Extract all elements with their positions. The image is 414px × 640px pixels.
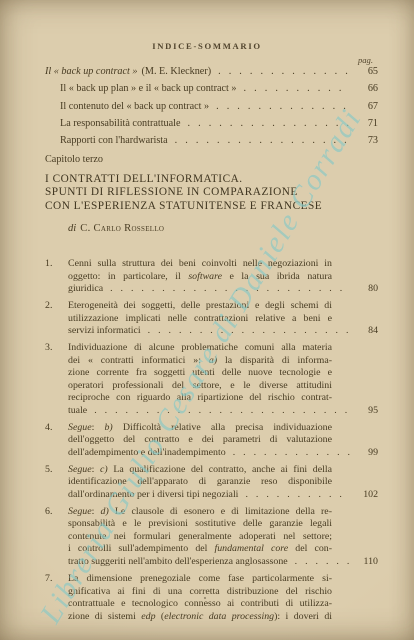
toc-entry-text: Il contenuto del « back up contract » (45, 98, 209, 115)
page-number: 71 (350, 115, 378, 132)
dot-leader (237, 80, 350, 97)
toc-top-list: Il « back up contract »(M. E. Kleckner) … (45, 63, 378, 149)
item-number: 1. (45, 258, 68, 296)
item-body-lines: Segue: c) La qualificazione del contratt… (68, 464, 378, 489)
item-last-line: dell'adempimento e dell'inadempimento 99 (68, 447, 378, 460)
chapter-byline: diC. Carlo Rossello (45, 223, 378, 234)
item-body: Segue: b) Difficoltà relative alla preci… (68, 422, 378, 460)
toc-entry-text: Rapporti con l'hardwarista (45, 132, 168, 149)
item-last-line: servizi informatici 84 (68, 325, 378, 338)
item-number: 6. (45, 506, 68, 569)
toc-numbered-list: 1. Cenni sulla struttura dei beni coinvo… (45, 258, 378, 628)
page-number: 95 (350, 405, 378, 418)
item-body: Individuazione di alcune problematiche c… (68, 342, 378, 417)
item-last-line: giuridica 80 (68, 283, 378, 296)
item-body: La dimensione prenegoziale come fase par… (68, 573, 378, 623)
page-number: 84 (350, 325, 378, 338)
item-number: 7. (45, 573, 68, 623)
chapter-title: I CONTRATTI DELL'INFORMATICA. SPUNTI DI … (45, 173, 378, 213)
toc-entry-roman: (M. E. Kleckner) (142, 66, 212, 77)
toc-item-7: 7. La dimensione prenegoziale come fase … (45, 573, 378, 623)
item-body-lines: Eterogeneità dei soggetti, delle prestaz… (68, 300, 378, 325)
toc-entry: La responsabilità contrattuale 71 (45, 115, 378, 132)
item-body: Cenni sulla struttura dei beni coinvolti… (68, 258, 378, 296)
item-number: 2. (45, 300, 68, 338)
dot-leader (141, 325, 350, 338)
item-body-lines: Segue: d) Le clausole di esonero e di li… (68, 506, 378, 556)
toc-item-4: 4. Segue: b) Difficoltà relative alla pr… (45, 422, 378, 460)
dot-leader (288, 556, 350, 569)
toc-entry-text: Il « back up plan » e il « back up contr… (45, 80, 237, 97)
toc-item-6: 6. Segue: d) Le clausole di esonero e di… (45, 506, 378, 569)
toc-entry-text: Il « back up contract »(M. E. Kleckner) (45, 63, 211, 80)
byline-author: C. Carlo Rossello (80, 223, 164, 234)
chapter-heading: Capitolo terzo I CONTRATTI DELL'INFORMAT… (45, 154, 378, 234)
item-last-text: tratto suggeriti nell'ambito dell'esperi… (68, 556, 288, 569)
toc-entry-italic: Il « back up contract » (45, 66, 138, 77)
dot-leader (87, 405, 350, 418)
page-number: 102 (350, 489, 378, 502)
page-number: 67 (350, 98, 378, 115)
page-number: 99 (350, 447, 378, 460)
toc-item-2: 2. Eterogeneità dei soggetti, delle pres… (45, 300, 378, 338)
page-number: 65 (350, 63, 378, 80)
item-body: Segue: c) La qualificazione del contratt… (68, 464, 378, 502)
toc-entry: Il « back up plan » e il « back up contr… (45, 80, 378, 97)
toc-item-5: 5. Segue: c) La qualificazione del contr… (45, 464, 378, 502)
ink-speck (204, 597, 206, 599)
toc-entry: Il contenuto del « back up contract » 67 (45, 98, 378, 115)
byline-di: di (68, 223, 76, 234)
item-last-text: servizi informatici (68, 325, 141, 338)
item-body: Eterogeneità dei soggetti, delle prestaz… (68, 300, 378, 338)
item-last-text: tuale (68, 405, 87, 418)
item-number: 3. (45, 342, 68, 417)
toc-item-3: 3. Individuazione di alcune problematich… (45, 342, 378, 417)
item-body: Segue: d) Le clausole di esonero e di li… (68, 506, 378, 569)
item-last-text: dell'adempimento e dell'inadempimento (68, 447, 226, 460)
chapter-label: Capitolo terzo (45, 154, 378, 165)
item-body-lines: La dimensione prenegoziale come fase par… (68, 573, 378, 623)
item-number: 4. (45, 422, 68, 460)
dot-leader (103, 283, 350, 296)
page-number: 110 (350, 556, 378, 569)
dot-leader (211, 63, 350, 80)
dot-leader (209, 98, 350, 115)
item-last-text: giuridica (68, 283, 103, 296)
page-number: 66 (350, 80, 378, 97)
item-last-text: dall'ordinamento per i diversi tipi nego… (68, 489, 238, 502)
dot-leader (168, 132, 350, 149)
toc-entry: Il « back up contract »(M. E. Kleckner) … (45, 63, 378, 80)
item-body-lines: Cenni sulla struttura dei beni coinvolti… (68, 258, 378, 283)
item-last-line: tuale 95 (68, 405, 378, 418)
dot-leader (181, 115, 350, 132)
item-last-line: tratto suggeriti nell'ambito dell'esperi… (68, 556, 378, 569)
item-number: 5. (45, 464, 68, 502)
toc-entry-text: La responsabilità contrattuale (45, 115, 181, 132)
scanned-book-page: INDICE-SOMMARIO pag. Il « back up contra… (0, 0, 414, 640)
dot-leader (226, 447, 350, 460)
toc-item-1: 1. Cenni sulla struttura dei beni coinvo… (45, 258, 378, 296)
item-body-lines: Segue: b) Difficoltà relative alla preci… (68, 422, 378, 447)
dot-leader (238, 489, 350, 502)
toc-entry: Rapporti con l'hardwarista 73 (45, 132, 378, 149)
item-body-lines: Individuazione di alcune problematiche c… (68, 342, 378, 405)
running-head: INDICE-SOMMARIO (0, 41, 414, 51)
item-last-line: dall'ordinamento per i diversi tipi nego… (68, 489, 378, 502)
page-number: 73 (350, 132, 378, 149)
page-number: 80 (350, 283, 378, 296)
